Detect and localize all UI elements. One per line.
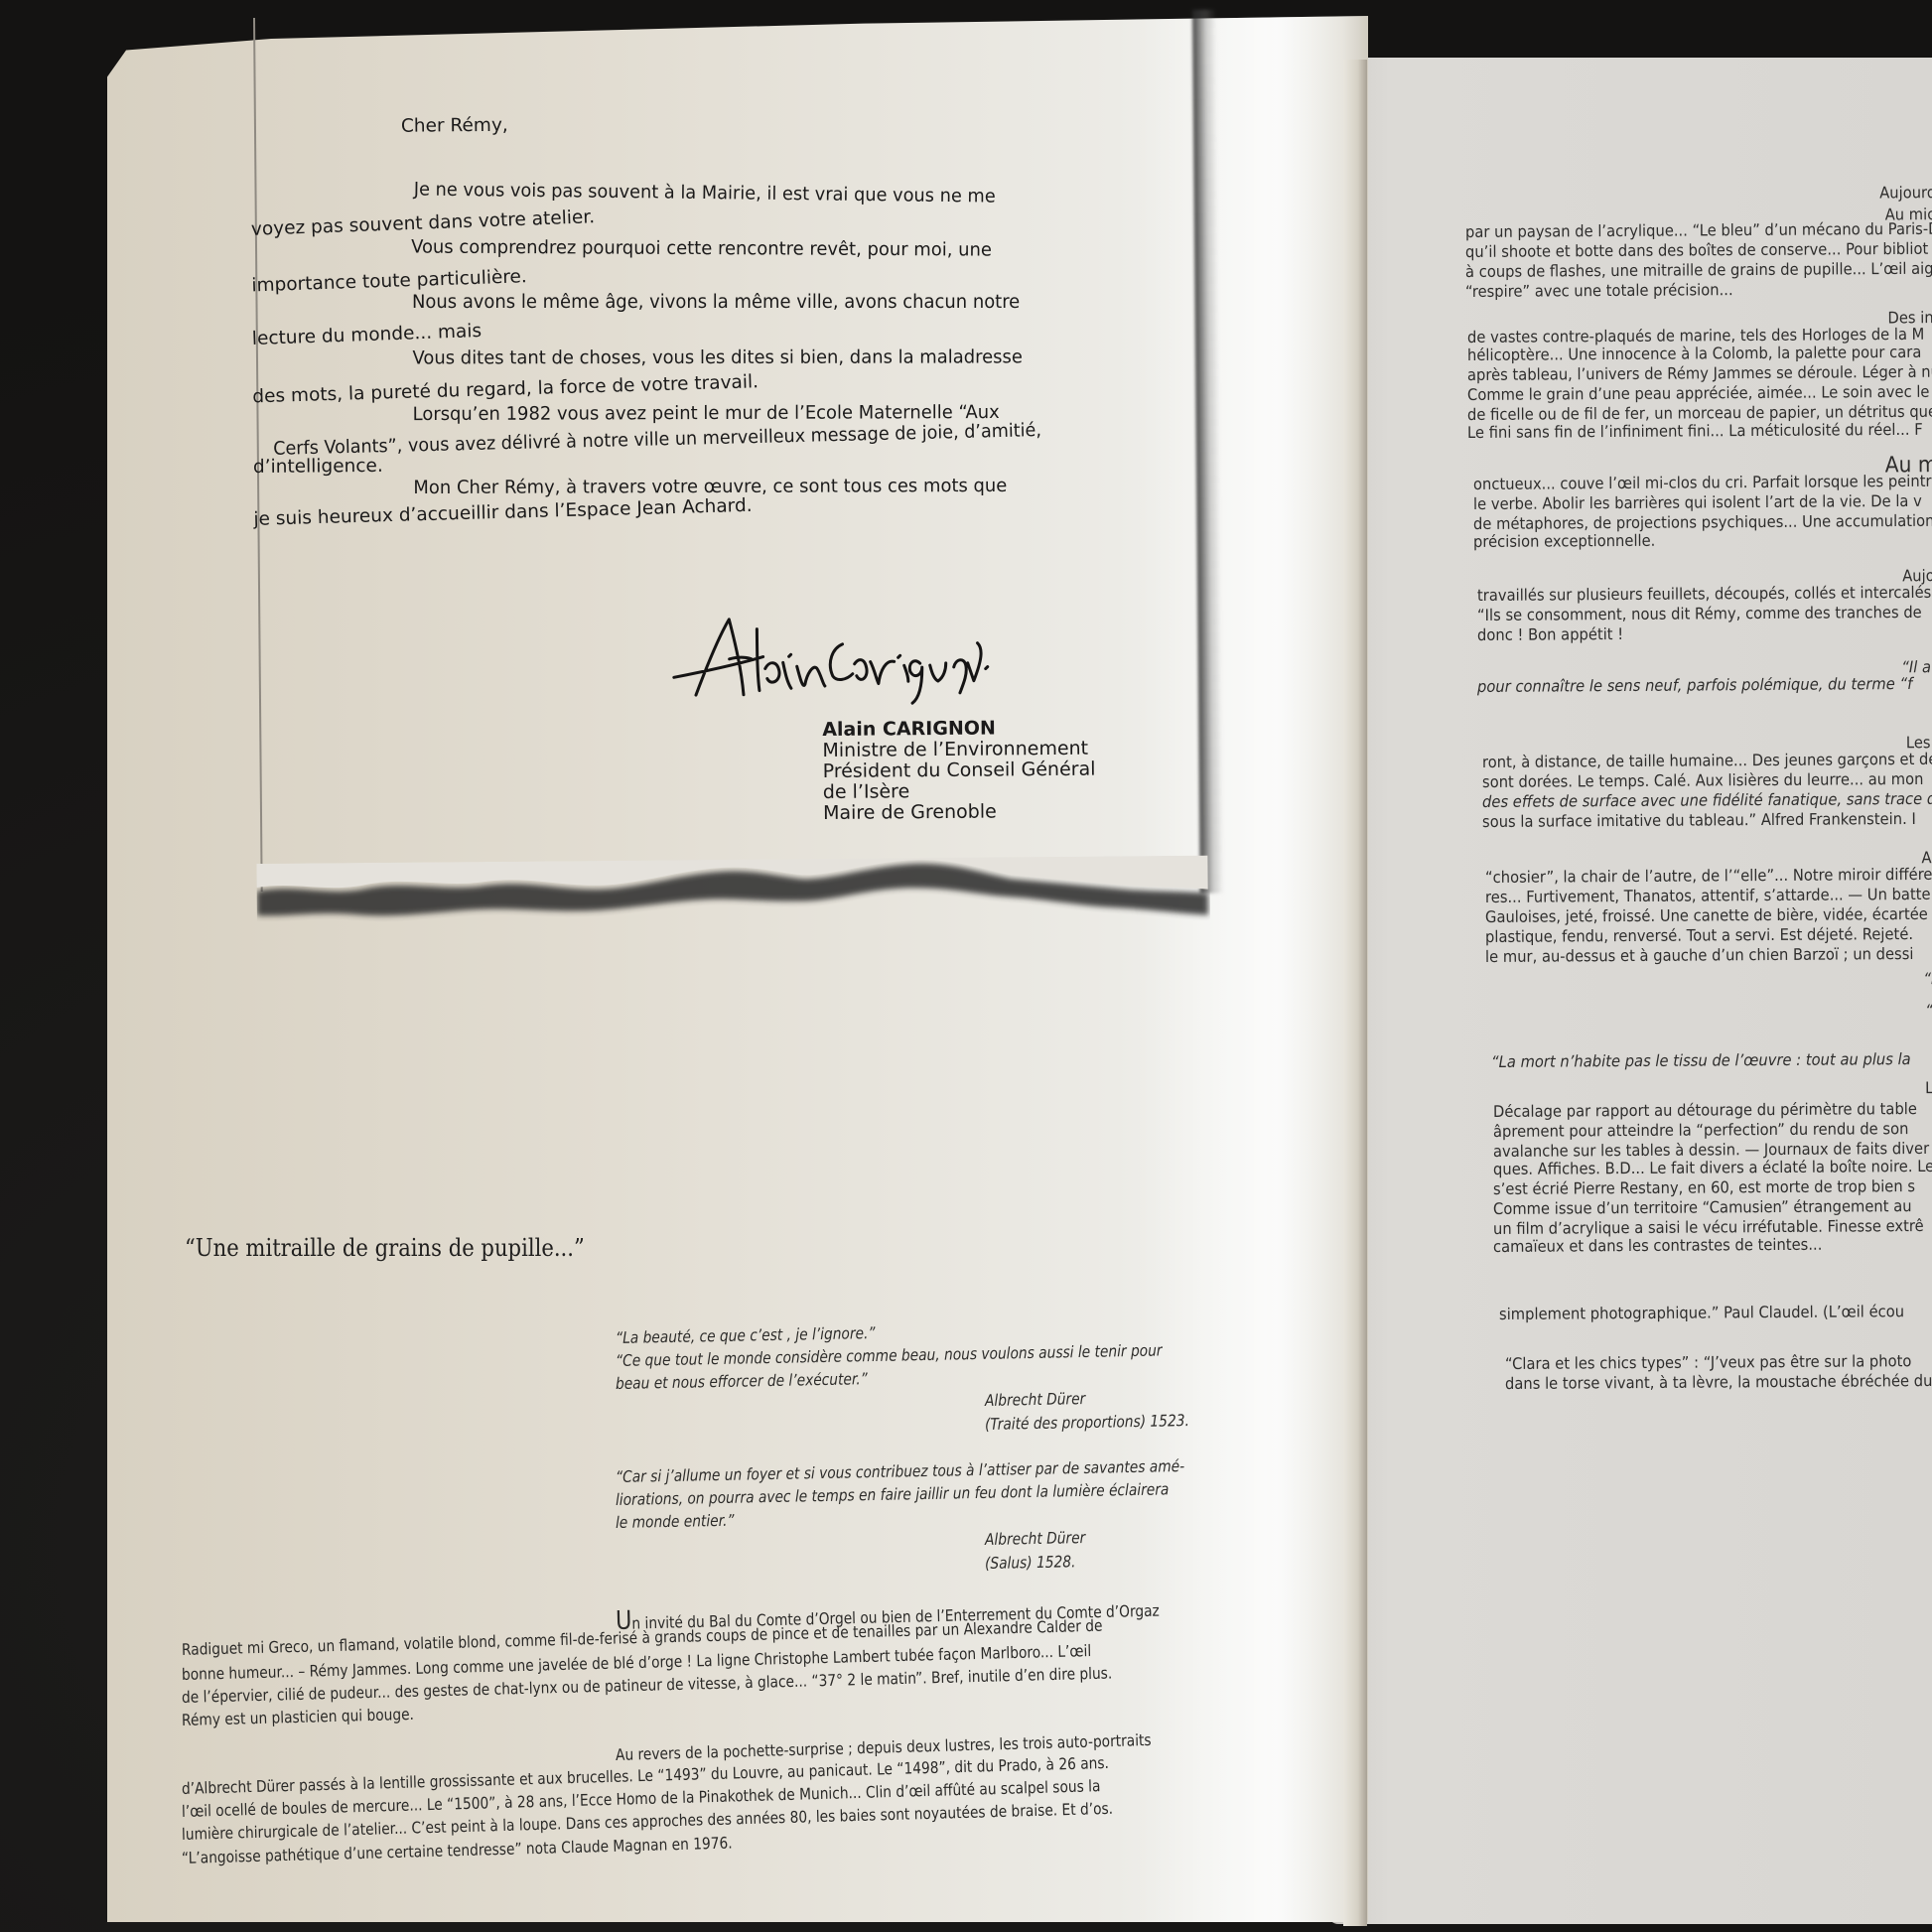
right-page-line: ront, à distance, de taille humaine... D… bbox=[1482, 750, 1932, 771]
right-page-line-text: qu’il shoote et botte dans des boîtes de… bbox=[1465, 239, 1928, 261]
letter-salutation: Cher Rémy, bbox=[401, 115, 508, 137]
signatory-title: de l’Isère bbox=[823, 780, 1096, 803]
right-page-line: Comme issue d’un territoire “Camusien” é… bbox=[1493, 1196, 1912, 1218]
right-page-line-text: donc ! Bon appétit ! bbox=[1477, 624, 1623, 644]
right-page-line: Décalage par rapport au détourage du pér… bbox=[1493, 1099, 1917, 1121]
letter-sheet: Cher Rémy, Alain CARIGNON Ministre de l’… bbox=[253, 10, 1202, 892]
right-page-line-text: res... Furtivement, Thanatos, attentif, … bbox=[1485, 885, 1931, 906]
letter-line: Vous dites tant de choses, vous les dite… bbox=[412, 346, 1022, 368]
right-page-line: “Ils se consomment, nous dit Rémy, comme… bbox=[1477, 603, 1922, 624]
right-page-line-text: travaillés sur plusieurs feuillets, déco… bbox=[1477, 583, 1931, 605]
quote-author: Albrecht Dürer bbox=[985, 1528, 1086, 1549]
book-gutter bbox=[1343, 60, 1367, 1926]
right-page-line-text: à coups de flashes, une mitraille de gra… bbox=[1465, 259, 1932, 281]
right-page-line: “L’a bbox=[1923, 969, 1932, 988]
right-page-line-text: ques. Affiches. B.D... Le fait divers a … bbox=[1493, 1157, 1932, 1178]
right-page-line: Les bbox=[1925, 1078, 1932, 1097]
right-page-line: Comme le grain d’une peau appréciée, aim… bbox=[1467, 382, 1930, 404]
right-page-line: “La mort n’habite pas le tissu de l’œuvr… bbox=[1491, 1049, 1911, 1071]
right-page-line-text: Le fini sans fin de l’infiniment fini...… bbox=[1467, 420, 1923, 442]
right-page-line-text: simplement photographique.” Paul Claudel… bbox=[1499, 1302, 1904, 1323]
right-page-line-text: de métaphores, de projections psychiques… bbox=[1473, 511, 1932, 533]
right-page-line: donc ! Bon appétit ! bbox=[1477, 624, 1623, 644]
letter-line: d’intelligence. bbox=[253, 456, 383, 478]
right-page-line: pour connaître le sens neuf, parfois pol… bbox=[1477, 674, 1912, 696]
right-page-line-text: s’est écrié Pierre Restany, en 60, est m… bbox=[1493, 1176, 1915, 1198]
signatory-title: Président du Conseil Général bbox=[823, 759, 1096, 782]
right-page-line-text: “La mort n’habite pas le tissu de l’œuvr… bbox=[1491, 1049, 1911, 1071]
right-page-line-text: Comme issue d’un territoire “Camusien” é… bbox=[1493, 1196, 1912, 1218]
right-page-line-text: Les bbox=[1925, 1078, 1932, 1097]
right-page: Aujourd’hAu micropar un paysan de l’acry… bbox=[1328, 58, 1932, 1924]
quote-line: le monde entier.” bbox=[616, 1511, 735, 1532]
right-page-line-text: plastique, fendu, renversé. Tout a servi… bbox=[1485, 924, 1913, 946]
right-page-line-text: sous la surface imitative du tableau.” A… bbox=[1482, 809, 1916, 831]
right-page-line-text: âprement pour atteindre la “perfection” … bbox=[1493, 1119, 1909, 1141]
right-page-line-text: “L’a bbox=[1923, 969, 1932, 988]
right-page-line: hélicoptère... Une innocence à la Colomb… bbox=[1467, 343, 1921, 364]
right-page-line: à coups de flashes, une mitraille de gra… bbox=[1465, 259, 1932, 281]
right-page-line: qu’il shoote et botte dans des boîtes de… bbox=[1465, 239, 1928, 261]
right-page-line: “respire” avec une totale précision... bbox=[1465, 280, 1733, 301]
section-heading: “Une mitraille de grains de pupille...” bbox=[185, 1234, 585, 1262]
right-page-line: sous la surface imitative du tableau.” A… bbox=[1482, 809, 1916, 831]
right-page-line: plastique, fendu, renversé. Tout a servi… bbox=[1485, 924, 1913, 946]
right-page-line-text: “respire” avec une totale précision... bbox=[1465, 280, 1733, 301]
right-page-line: Aujourd’h bbox=[1879, 183, 1932, 202]
right-page-line-text: précision exceptionnelle. bbox=[1473, 531, 1655, 551]
letter-line: Lorsqu’en 1982 vous avez peint le mur de… bbox=[413, 402, 1000, 425]
torn-edge-icon bbox=[256, 856, 1210, 953]
right-page-line-text: Aujourd’h bbox=[1879, 183, 1932, 202]
right-page-line-text: Décalage par rapport au détourage du pér… bbox=[1493, 1099, 1917, 1121]
right-page-line: sont dorées. Le temps. Calé. Aux lisière… bbox=[1482, 769, 1924, 791]
right-page-line: res... Furtivement, Thanatos, attentif, … bbox=[1485, 885, 1931, 906]
right-page-line: camaïeux et dans les contrastes de teint… bbox=[1493, 1235, 1822, 1256]
right-page-line: travaillés sur plusieurs feuillets, déco… bbox=[1477, 583, 1931, 605]
right-page-line-text: “Lo bbox=[1925, 1001, 1932, 1020]
right-page-line-text: dans le torse vivant, à ta lèvre, la mou… bbox=[1505, 1371, 1932, 1393]
right-page-line: onctueux... couve l’œil mi-clos du cri. … bbox=[1473, 472, 1932, 493]
right-page-line-text: onctueux... couve l’œil mi-clos du cri. … bbox=[1473, 472, 1932, 493]
right-page-line: le verbe. Abolir les barrières qui isole… bbox=[1473, 491, 1922, 513]
right-page-line: le mur, au-dessus et à gauche d’un chien… bbox=[1485, 944, 1914, 966]
right-page-line-text: “Ils se consomment, nous dit Rémy, comme… bbox=[1477, 603, 1922, 624]
quote-source: (Traité des proportions) 1523. bbox=[985, 1411, 1189, 1434]
right-page-line-text: camaïeux et dans les contrastes de teint… bbox=[1493, 1235, 1822, 1256]
letter-line: Nous avons le même âge, vivons la même v… bbox=[412, 292, 1020, 313]
right-page-line-text: hélicoptère... Une innocence à la Colomb… bbox=[1467, 343, 1921, 364]
quote-source: (Salus) 1528. bbox=[985, 1552, 1076, 1573]
right-page-line: s’est écrié Pierre Restany, en 60, est m… bbox=[1493, 1176, 1915, 1198]
right-page-line-text: pour connaître le sens neuf, parfois pol… bbox=[1477, 674, 1912, 696]
right-page-line-text: après tableau, l’univers de Rémy Jammes … bbox=[1467, 362, 1932, 384]
right-page-line-text: par un paysan de l’acrylique... “Le bleu… bbox=[1465, 219, 1932, 241]
signature-icon bbox=[665, 598, 994, 710]
right-page-line: dans le torse vivant, à ta lèvre, la mou… bbox=[1505, 1371, 1932, 1393]
right-page-line-text: des effets de surface avec une fidélité … bbox=[1482, 789, 1932, 811]
right-page-line: Le fini sans fin de l’infiniment fini...… bbox=[1467, 420, 1923, 442]
right-page-line-text: “chosier”, la chair de l’autre, de l’“el… bbox=[1485, 865, 1932, 887]
right-page-line-text: sont dorées. Le temps. Calé. Aux lisière… bbox=[1482, 769, 1924, 791]
right-page-line-text: “Clara et les chics types” : “J’veux pas… bbox=[1505, 1351, 1911, 1373]
right-page-line-text: le verbe. Abolir les barrières qui isole… bbox=[1473, 491, 1922, 513]
signatory-title: Maire de Grenoble bbox=[823, 801, 1096, 824]
right-page-line: précision exceptionnelle. bbox=[1473, 531, 1655, 551]
quote-author: Albrecht Dürer bbox=[985, 1389, 1086, 1410]
letter-line: Mon Cher Rémy, à travers votre œuvre, ce… bbox=[413, 476, 1007, 498]
right-page-line-text: Comme le grain d’une peau appréciée, aim… bbox=[1467, 382, 1930, 404]
right-page-line: ques. Affiches. B.D... Le fait divers a … bbox=[1493, 1157, 1932, 1178]
right-page-line: âprement pour atteindre la “perfection” … bbox=[1493, 1119, 1909, 1141]
letter-line: Vous comprendrez pourquoi cette rencontr… bbox=[411, 237, 992, 261]
right-page-line: de métaphores, de projections psychiques… bbox=[1473, 511, 1932, 533]
right-page-line-text: ront, à distance, de taille humaine... D… bbox=[1482, 750, 1932, 771]
right-page-line: “Clara et les chics types” : “J’veux pas… bbox=[1505, 1351, 1911, 1373]
right-page-line-text: Gauloises, jeté, froissé. Une canette de… bbox=[1485, 904, 1928, 926]
right-page-line: après tableau, l’univers de Rémy Jammes … bbox=[1467, 362, 1932, 384]
right-page-line-text: le mur, au-dessus et à gauche d’un chien… bbox=[1485, 944, 1914, 966]
right-page-line: “Lo bbox=[1925, 1001, 1932, 1020]
right-page-line: par un paysan de l’acrylique... “Le bleu… bbox=[1465, 219, 1932, 241]
right-page-line: “chosier”, la chair de l’autre, de l’“el… bbox=[1485, 865, 1932, 887]
right-page-line: des effets de surface avec une fidélité … bbox=[1482, 789, 1932, 811]
right-page-line: Gauloises, jeté, froissé. Une canette de… bbox=[1485, 904, 1928, 926]
right-page-line: simplement photographique.” Paul Claudel… bbox=[1499, 1302, 1904, 1323]
